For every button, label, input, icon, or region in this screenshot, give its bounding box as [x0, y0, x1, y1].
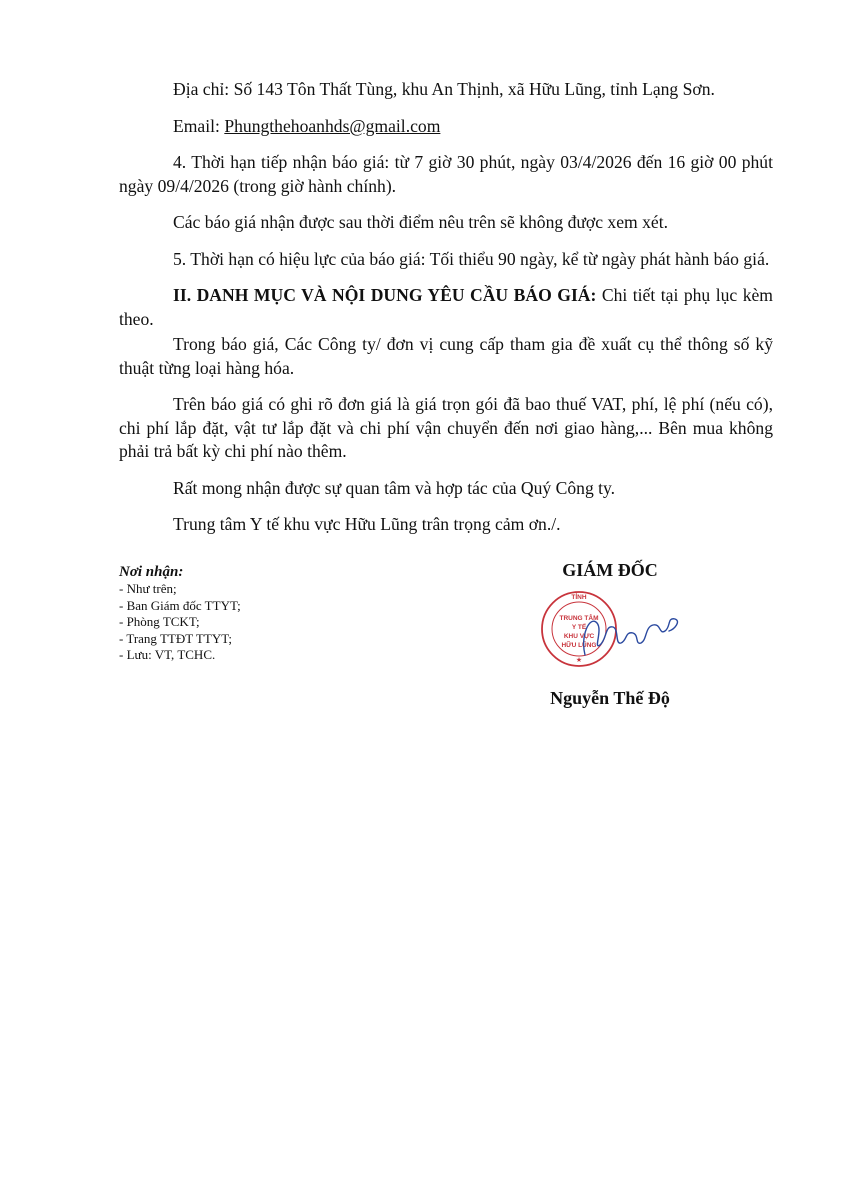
spec-paragraph: Trong báo giá, Các Công ty/ đơn vị cung …: [119, 333, 773, 380]
document-body: Địa chỉ: Số 143 Tôn Thất Tùng, khu An Th…: [119, 78, 773, 537]
handwritten-signature-icon: [575, 605, 685, 665]
address-paragraph: Địa chỉ: Số 143 Tôn Thất Tùng, khu An Th…: [119, 78, 773, 102]
email-label: Email:: [173, 116, 224, 136]
recipient-item: - Phòng TCKT;: [119, 614, 241, 631]
recipients-title: Nơi nhận:: [119, 563, 241, 581]
email-link[interactable]: Phungthehoanhds@gmail.com: [224, 116, 440, 136]
closing-signoff: Trung tâm Y tế khu vực Hữu Lũng trân trọ…: [119, 513, 773, 537]
signature-block: GIÁM ĐỐC Nguyễn Thế Độ: [500, 560, 720, 581]
section-2: II. DANH MỤC VÀ NỘI DUNG YÊU CẦU BÁO GIÁ…: [119, 284, 773, 331]
recipients-block: Nơi nhận: - Như trên; - Ban Giám đốc TTY…: [119, 563, 241, 664]
signer-name: Nguyễn Thế Độ: [500, 688, 720, 709]
svg-text:TỈNH: TỈNH: [571, 592, 586, 601]
recipient-item: - Trang TTĐT TTYT;: [119, 631, 241, 648]
recipient-item: - Lưu: VT, TCHC.: [119, 647, 241, 664]
email-line: Email: Phungthehoanhds@gmail.com: [119, 115, 773, 139]
recipient-item: - Ban Giám đốc TTYT;: [119, 598, 241, 615]
item-5-validity: 5. Thời hạn có hiệu lực của báo giá: Tối…: [119, 248, 773, 272]
price-paragraph: Trên báo giá có ghi rõ đơn giá là giá tr…: [119, 393, 773, 464]
late-notice: Các báo giá nhận được sau thời điểm nêu …: [119, 211, 773, 235]
closing-thanks: Rất mong nhận được sự quan tâm và hợp tá…: [119, 477, 773, 501]
section-2-heading: II. DANH MỤC VÀ NỘI DUNG YÊU CẦU BÁO GIÁ…: [173, 285, 596, 305]
item-4-deadline: 4. Thời hạn tiếp nhận báo giá: từ 7 giờ …: [119, 151, 773, 198]
signer-role: GIÁM ĐỐC: [500, 560, 720, 581]
recipient-item: - Như trên;: [119, 581, 241, 598]
